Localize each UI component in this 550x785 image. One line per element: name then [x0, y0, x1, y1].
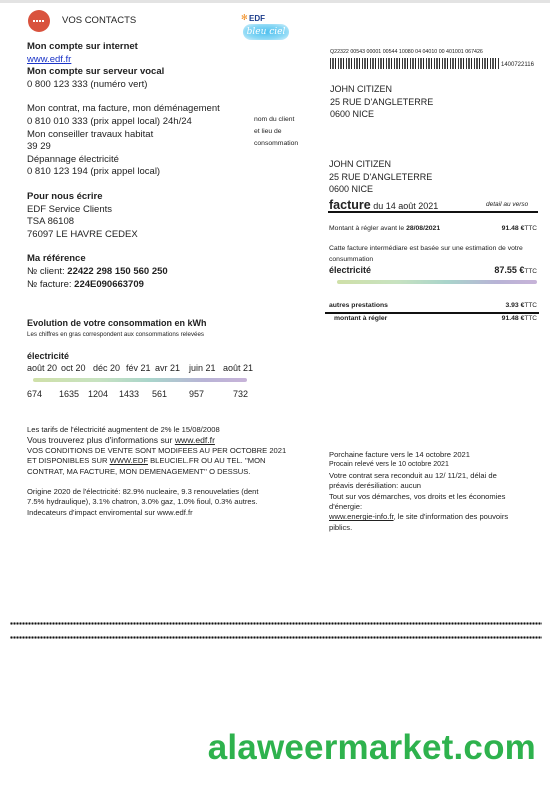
consumption-period: août 20	[27, 363, 57, 373]
consumption-period: fév 21	[126, 363, 151, 373]
contacts-logo-icon	[28, 10, 50, 32]
client-number: № client: 22422 298 150 560 250	[27, 266, 220, 279]
bleu-ciel-logo: bleu ciel	[243, 24, 289, 40]
barcode-code-line: Q22322 00543 00001 00544 10080 04 04010 …	[330, 49, 483, 55]
advisor-number: 39 29	[27, 141, 220, 154]
barcode	[330, 58, 500, 69]
repair-number: 0 810 123 194 (prix appel local)	[27, 166, 220, 179]
consumption-value: 732	[233, 389, 248, 399]
client-label: nom du client et lieu de consommation	[254, 114, 298, 150]
consumption-value: 674	[27, 389, 42, 399]
consumption-subtitle: Les chiffres en gras correspondent aux c…	[27, 331, 204, 338]
advisor-title: Mon conseiller travaux habitat	[27, 129, 220, 142]
edf-conditions-link[interactable]: WWW.EDF	[110, 456, 148, 465]
consumption-value: 957	[189, 389, 204, 399]
consumption-value: 1204	[88, 389, 108, 399]
write-title: Pour nous écrire	[27, 191, 220, 204]
edf-logo: EDF	[249, 14, 265, 23]
consumption-period: déc 20	[93, 363, 120, 373]
dotted-separator	[10, 636, 542, 639]
consumption-period: oct 20	[61, 363, 86, 373]
consumption-value: 561	[152, 389, 167, 399]
other-row: autres prestations 3.93 €TTC	[329, 302, 537, 309]
invoice-rule	[328, 211, 538, 213]
consumption-value: 1433	[119, 389, 139, 399]
address-block-1: JOHN CITIZEN 25 RUE D'ANGLETERRE 0600 NI…	[330, 83, 433, 121]
barcode-number: 1400722116	[501, 62, 534, 68]
top-border	[0, 0, 550, 3]
consumption-period: avr 21	[155, 363, 180, 373]
write-line: EDF Service Clients	[27, 204, 220, 217]
electricity-bar	[337, 280, 537, 284]
consumption-period: août 21	[223, 363, 253, 373]
estimate-note: Catte facture intermédiare est basée sur…	[329, 244, 539, 265]
due-row: Montant à régler avant le 28/08/2021 91.…	[329, 225, 537, 232]
next-invoice-info: Porchaine facture vers le 14 octobre 202…	[329, 450, 508, 533]
consumption-period: juin 21	[189, 363, 216, 373]
consumption-title: Evolution de votre consommation en kWh	[27, 318, 207, 328]
write-line: 76097 LE HAVRE CEDEX	[27, 229, 220, 242]
electricity-row: électricité 87.55 €TTC	[329, 265, 537, 275]
total-row: montant à régler 91.48 €TTC	[334, 315, 537, 322]
internet-title: Mon compte sur internet	[27, 41, 220, 54]
contract-title: Mon contrat, ma facture, mon déménagemen…	[27, 103, 220, 116]
detail-note: detail au verso	[486, 201, 528, 208]
consumption-value: 1635	[59, 389, 79, 399]
contacts-block: Mon compte sur internet www.edf.fr Mon c…	[27, 41, 220, 291]
invoice-number: № facture: 224E090663709	[27, 279, 220, 292]
energie-info-link[interactable]: www.energie-info.fr	[329, 512, 394, 521]
write-line: TSA 86108	[27, 216, 220, 229]
consumption-energy: électricité	[27, 351, 69, 361]
edf-info-link[interactable]: www.edf.fr	[175, 435, 215, 445]
contacts-header: VOS CONTACTS	[62, 15, 136, 28]
repair-title: Dépannage électricité	[27, 154, 220, 167]
tariff-info: Les tarifs de l'électricité augmentent d…	[27, 425, 286, 518]
contract-number: 0 810 010 333 (prix appel local) 24h/24	[27, 116, 220, 129]
watermark: alaweermarket.com	[208, 728, 536, 768]
edf-website-link[interactable]: www.edf.fr	[27, 54, 71, 65]
vocal-number: 0 800 123 333 (numéro vert)	[27, 79, 220, 92]
edf-star-icon: ✻	[241, 13, 248, 22]
consumption-bar	[33, 378, 247, 382]
reference-title: Ma référence	[27, 253, 220, 266]
address-block-2: JOHN CITIZEN 25 RUE D'ANGLETERRE 0600 NI…	[329, 158, 432, 196]
dotted-separator	[10, 622, 542, 625]
total-rule	[325, 312, 539, 314]
vocal-title: Mon compte sur serveur vocal	[27, 66, 220, 79]
